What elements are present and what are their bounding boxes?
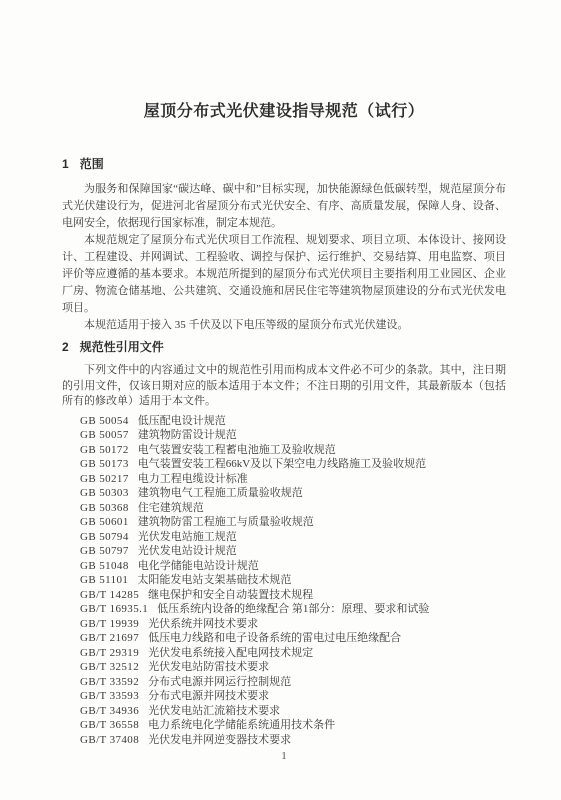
reference-title: 电气装置安装工程蓄电池施工及验收规范 [138, 444, 336, 456]
reference-title: 光伏发电站设计规范 [138, 545, 237, 557]
reference-code: GB 50797 [80, 544, 129, 559]
reference-code: GB/T 16935.1 [80, 602, 148, 617]
reference-item: GB 51101太阳能发电站支架基础技术规范 [62, 573, 506, 588]
reference-item: GB 50368住宅建筑规范 [62, 501, 506, 516]
reference-item: GB/T 14285继电保护和安全自动装置技术规程 [62, 588, 506, 603]
section-normative-references: 2规范性引用文件 下列文件中的内容通过文中的规范性引用而构成本文件必不可少的条款… [62, 339, 506, 747]
reference-code: GB 50217 [80, 472, 129, 487]
reference-title: 继电保护和安全自动装置技术规程 [148, 589, 313, 601]
reference-code: GB/T 29319 [80, 646, 139, 661]
reference-code: GB 50794 [80, 530, 129, 545]
reference-item: GB 50217电力工程电缆设计标准 [62, 472, 506, 487]
reference-item: GB 50057建筑物防雷设计规范 [62, 428, 506, 443]
reference-item: GB 50054低压配电设计规范 [62, 414, 506, 429]
reference-code: GB/T 37408 [80, 733, 139, 748]
document-page: 屋顶分布式光伏建设指导规范（试行） 1范围 为服务和保障国家“碳达峰、碳中和”目… [0, 0, 561, 800]
reference-item: GB/T 32512光伏发电站防雷技术要求 [62, 660, 506, 675]
section-2-number: 2 [62, 339, 69, 356]
reference-item: GB/T 16935.1低压系统内设备的绝缘配合 第1部分：原理、要求和试验 [62, 602, 506, 617]
reference-title: 建筑物防雷工程施工与质量验收规范 [138, 516, 314, 528]
reference-code: GB/T 34936 [80, 704, 139, 719]
reference-code: GB/T 33592 [80, 675, 139, 690]
reference-code: GB 50057 [80, 428, 129, 443]
reference-item: GB/T 33592分布式电源并网运行控制规范 [62, 675, 506, 690]
reference-item: GB/T 36558电力系统电化学储能系统通用技术条件 [62, 718, 506, 733]
section-scope: 1范围 为服务和保障国家“碳达峰、碳中和”目标实现，加快能源绿色低碳转型，规范屋… [62, 156, 506, 334]
reference-title: 建筑物电气工程施工质量验收规范 [138, 487, 303, 499]
reference-item: GB 50303建筑物电气工程施工质量验收规范 [62, 486, 506, 501]
reference-title: 电力工程电缆设计标准 [138, 473, 248, 485]
reference-code: GB 50601 [80, 515, 129, 530]
reference-title: 光伏系统并网技术要求 [148, 618, 258, 630]
reference-code: GB/T 14285 [80, 588, 139, 603]
reference-title: 住宅建筑规范 [138, 502, 204, 514]
reference-item: GB/T 37408光伏发电并网逆变器技术要求 [62, 733, 506, 748]
reference-title: 低压系统内设备的绝缘配合 第1部分：原理、要求和试验 [157, 603, 429, 615]
section-1-number: 1 [62, 156, 69, 173]
page-number: 1 [62, 751, 506, 763]
document-title: 屋顶分布式光伏建设指导规范（试行） [62, 0, 506, 123]
reference-code: GB 50054 [80, 414, 129, 429]
reference-item: GB 50173电气装置安装工程66kV及以下架空电力线路施工及验收规范 [62, 457, 506, 472]
section-2-heading: 2规范性引用文件 [62, 339, 506, 356]
references-intro-paragraph: 下列文件中的内容通过文中的规范性引用而构成本文件必不可少的条款。其中，注日期的引… [62, 363, 506, 410]
reference-item: GB 50172电气装置安装工程蓄电池施工及验收规范 [62, 443, 506, 458]
reference-item: GB/T 19939光伏系统并网技术要求 [62, 617, 506, 632]
reference-code: GB 50173 [80, 457, 129, 472]
reference-code: GB 51101 [80, 573, 128, 588]
reference-code: GB/T 32512 [80, 660, 139, 675]
reference-title: 光伏发电站汇流箱技术要求 [148, 705, 280, 717]
reference-item: GB/T 29319光伏发电系统接入配电网技术规定 [62, 646, 506, 661]
section-1-heading: 1范围 [62, 156, 506, 173]
reference-code: GB 50368 [80, 501, 129, 516]
scope-paragraph-2: 本规范规定了屋顶分布式光伏项目工作流程、规划要求、项目立项、本体设计、接网设计、… [62, 232, 506, 317]
reference-title: 分布式电源并网运行控制规范 [148, 676, 291, 688]
reference-title: 电气装置安装工程66kV及以下架空电力线路施工及验收规范 [138, 458, 426, 470]
reference-code: GB/T 33593 [80, 689, 139, 704]
reference-code: GB/T 21697 [80, 631, 139, 646]
reference-title: 光伏发电并网逆变器技术要求 [148, 734, 291, 746]
section-2-title: 规范性引用文件 [80, 340, 164, 354]
reference-code: GB 50303 [80, 486, 129, 501]
scope-paragraph-3: 本规范适用于接入 35 千伏及以下电压等级的屋顶分布式光伏建设。 [62, 317, 506, 334]
reference-item: GB/T 21697低压电力线路和电子设备系统的雷电过电压绝缘配合 [62, 631, 506, 646]
reference-title: 分布式电源并网技术要求 [148, 690, 269, 702]
reference-title: 低压配电设计规范 [138, 415, 226, 427]
reference-item: GB 50601建筑物防雷工程施工与质量验收规范 [62, 515, 506, 530]
reference-item: GB/T 34936光伏发电站汇流箱技术要求 [62, 704, 506, 719]
reference-item: GB 50794光伏发电站施工规范 [62, 530, 506, 545]
reference-title: 电力系统电化学储能系统通用技术条件 [148, 719, 335, 731]
reference-title: 低压电力线路和电子设备系统的雷电过电压绝缘配合 [148, 632, 401, 644]
reference-item: GB/T 33593分布式电源并网技术要求 [62, 689, 506, 704]
reference-title: 光伏发电系统接入配电网技术规定 [148, 647, 313, 659]
reference-code: GB 51048 [80, 559, 129, 574]
reference-title: 太阳能发电站支架基础技术规范 [137, 574, 291, 586]
reference-item: GB 50797光伏发电站设计规范 [62, 544, 506, 559]
section-1-title: 范围 [80, 157, 104, 171]
reference-title: 建筑物防雷设计规范 [138, 429, 237, 441]
reference-title: 光伏发电站防雷技术要求 [148, 661, 269, 673]
reference-title: 光伏发电站施工规范 [138, 531, 237, 543]
reference-code: GB/T 36558 [80, 718, 139, 733]
reference-title: 电化学储能电站设计规范 [138, 560, 259, 572]
reference-code: GB/T 19939 [80, 617, 139, 632]
reference-code: GB 50172 [80, 443, 129, 458]
scope-paragraph-1: 为服务和保障国家“碳达峰、碳中和”目标实现，加快能源绿色低碳转型，规范屋顶分布式… [62, 181, 506, 232]
references-list: GB 50054低压配电设计规范GB 50057建筑物防雷设计规范GB 5017… [62, 414, 506, 748]
reference-item: GB 51048电化学储能电站设计规范 [62, 559, 506, 574]
